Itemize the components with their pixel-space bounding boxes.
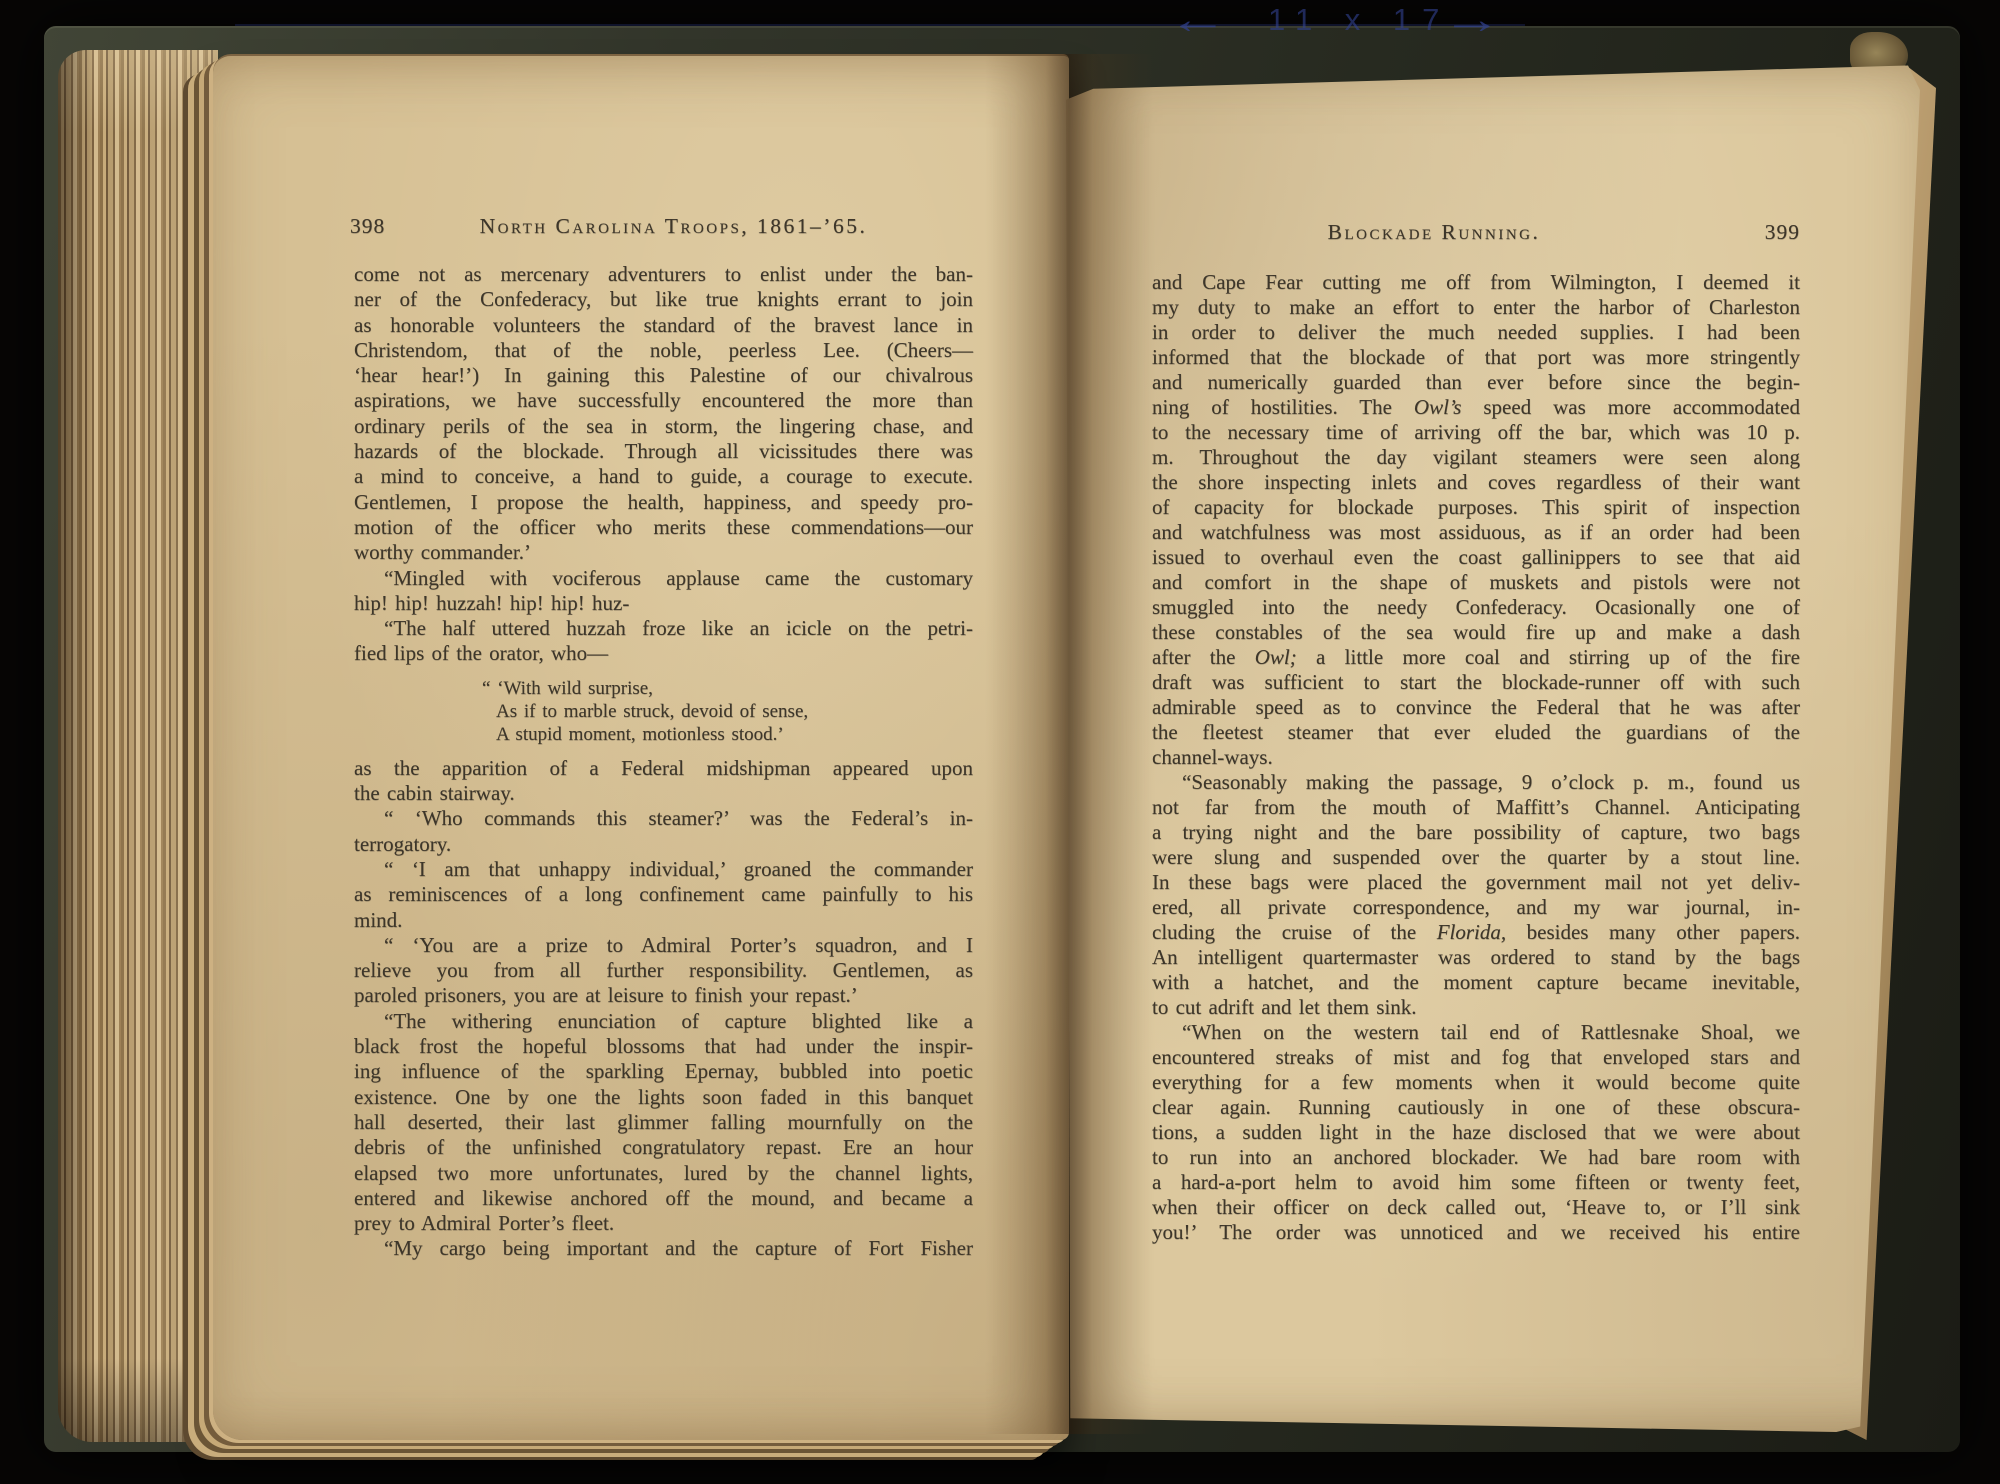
text-line: the cabin stairway. [354, 781, 973, 806]
text-line: paroled prisoners, you are at leisure to… [354, 983, 973, 1008]
text-line: “The half uttered huzzah froze like an i… [354, 616, 973, 641]
running-header-left: 398 North Carolina Troops, 1861–’65. [354, 214, 973, 244]
text-line: m. Throughout the day vigilant steamers … [1152, 445, 1800, 470]
text-line: admirable speed as to convince the Feder… [1152, 695, 1800, 720]
text-line: worthy commander.’ [354, 540, 973, 565]
text-line: existence. One by one the lights soon fa… [354, 1085, 973, 1110]
body-text-right: and Cape Fear cutting me off from Wilmin… [1152, 270, 1800, 1245]
left-page: 398 North Carolina Troops, 1861–’65. com… [213, 54, 1069, 1440]
text-line: come not as mercenary adventurers to enl… [354, 262, 973, 287]
text-line: In these bags were placed the government… [1152, 870, 1800, 895]
text-line: and Cape Fear cutting me off from Wilmin… [1152, 270, 1800, 295]
text-line: A stupid moment, motionless stood.’ [496, 723, 973, 746]
text-line: of capacity for blockade purposes. This … [1152, 495, 1800, 520]
text-line: ing influence of the sparkling Epernay, … [354, 1059, 973, 1084]
text-line: were slung and suspended over the quarte… [1152, 845, 1800, 870]
text-line: “ ‘You are a prize to Admiral Porter’s s… [354, 933, 973, 958]
text-line: “When on the western tail end of Rattles… [1152, 1020, 1800, 1045]
running-title-left: North Carolina Troops, 1861–’65. [364, 214, 983, 239]
text-line: relieve you from all further responsibil… [354, 958, 973, 983]
text-line: channel-ways. [1152, 745, 1800, 770]
text-line: “The withering enunciation of capture bl… [354, 1009, 973, 1034]
text-line: As if to marble struck, devoid of sense, [496, 700, 973, 723]
text-line: everything for a few moments when it wou… [1152, 1070, 1800, 1095]
text-line: mind. [354, 908, 973, 933]
text-line: as honorable volunteers the standard of … [354, 313, 973, 338]
text-line: you!’ The order was unnoticed and we rec… [1152, 1220, 1800, 1245]
text-line: ning of hostilities. The Owl’s speed was… [1152, 395, 1800, 420]
text-line: the shore inspecting inlets and coves re… [1152, 470, 1800, 495]
text-line: informed that the blockade of that port … [1152, 345, 1800, 370]
text-line: these constables of the sea would fire u… [1152, 620, 1800, 645]
page-number-right: 399 [1765, 220, 1800, 245]
text-line: aspirations, we have successfully encoun… [354, 388, 973, 413]
text-line: ordinary perils of the sea in storm, the… [354, 414, 973, 439]
text-line: ‘hear hear!’) In gaining this Palestine … [354, 363, 973, 388]
text-line: hazards of the blockade. Through all vic… [354, 439, 973, 464]
text-line: the fleetest steamer that ever eluded th… [1152, 720, 1800, 745]
text-line: tions, a sudden light in the haze disclo… [1152, 1120, 1800, 1145]
text-line: debris of the unfinished congratulatory … [354, 1135, 973, 1160]
left-arrow-icon: ← [1168, 0, 1228, 42]
right-page: Blockade Running. 399 and Cape Fear cutt… [1066, 60, 1920, 1432]
text-line: black frost the hopeful blossoms that ha… [354, 1034, 973, 1059]
text-line: entered and likewise anchored off the mo… [354, 1186, 973, 1211]
text-line: draft was sufficient to start the blocka… [1152, 670, 1800, 695]
text-line: encountered streaks of mist and fog that… [1152, 1045, 1800, 1070]
text-line: my duty to make an effort to enter the h… [1152, 295, 1800, 320]
text-line: “Mingled with vociferous applause came t… [354, 566, 973, 591]
text-line: elapsed two more unfortunates, lured by … [354, 1161, 973, 1186]
text-line: clear again. Running cautiously in one o… [1152, 1095, 1800, 1120]
text-line: a mind to conceive, a hand to guide, a c… [354, 464, 973, 489]
running-title-right: Blockade Running. [1110, 220, 1758, 245]
text-line: hip! hip! huzzah! hip! hip! huz- [354, 591, 973, 616]
text-line: terrogatory. [354, 832, 973, 857]
text-line: not far from the mouth of Maffitt’s Chan… [1152, 795, 1800, 820]
text-line: after the Owl; a little more coal and st… [1152, 645, 1800, 670]
text-line: in order to deliver the much needed supp… [1152, 320, 1800, 345]
text-line: to run into an anchored blockader. We ha… [1152, 1145, 1800, 1170]
text-line: when their officer on deck called out, ‘… [1152, 1195, 1800, 1220]
book-scan: 398 North Carolina Troops, 1861–’65. com… [0, 0, 2000, 1484]
text-line: “ ‘Who commands this steamer?’ was the F… [354, 806, 973, 831]
text-line: “ ‘I am that unhappy individual,’ groane… [354, 857, 973, 882]
text-line: a hard-a-port helm to avoid him some fif… [1152, 1170, 1800, 1195]
text-line: as the apparition of a Federal midshipma… [354, 756, 973, 781]
running-header-right: Blockade Running. 399 [1152, 220, 1800, 250]
text-line: cluding the cruise of the Florida, besid… [1152, 920, 1800, 945]
text-line: issued to overhaul even the coast gallin… [1152, 545, 1800, 570]
text-line: hall deserted, their last glimmer fallin… [354, 1110, 973, 1135]
body-text-left: come not as mercenary adventurers to enl… [354, 262, 973, 1262]
text-line: ner of the Confederacy, but like true kn… [354, 287, 973, 312]
text-line: “ ‘With wild surprise, [482, 677, 973, 700]
text-line: a trying night and the bare possibility … [1152, 820, 1800, 845]
text-line: Gentlemen, I propose the health, happine… [354, 490, 973, 515]
right-arrow-icon: → [1442, 0, 1502, 42]
text-line: and comfort in the shape of muskets and … [1152, 570, 1800, 595]
text-line: prey to Admiral Porter’s fleet. [354, 1211, 973, 1236]
text-line: motion of the officer who merits these c… [354, 515, 973, 540]
text-line: as reminiscences of a long confinement c… [354, 882, 973, 907]
text-line: and watchfulness was most assiduous, as … [1152, 520, 1800, 545]
text-line: and numerically guarded than ever before… [1152, 370, 1800, 395]
paper-size-label: 11 x 17 [1268, 2, 1451, 38]
text-line: smuggled into the needy Confederacy. Oca… [1152, 595, 1800, 620]
text-line: to the necessary time of arriving off th… [1152, 420, 1800, 445]
text-line: Christendom, that of the noble, peerless… [354, 338, 973, 363]
text-line: “My cargo being important and the captur… [354, 1236, 973, 1261]
text-line: to cut adrift and let them sink. [1152, 995, 1800, 1020]
text-line: with a hatchet, and the moment capture b… [1152, 970, 1800, 995]
text-line: “Seasonably making the passage, 9 o’cloc… [1152, 770, 1800, 795]
page-stack-edge [58, 50, 218, 1442]
text-line: ered, all private correspondence, and my… [1152, 895, 1800, 920]
text-line: An intelligent quartermaster was ordered… [1152, 945, 1800, 970]
text-line: fied lips of the orator, who— [354, 641, 973, 666]
